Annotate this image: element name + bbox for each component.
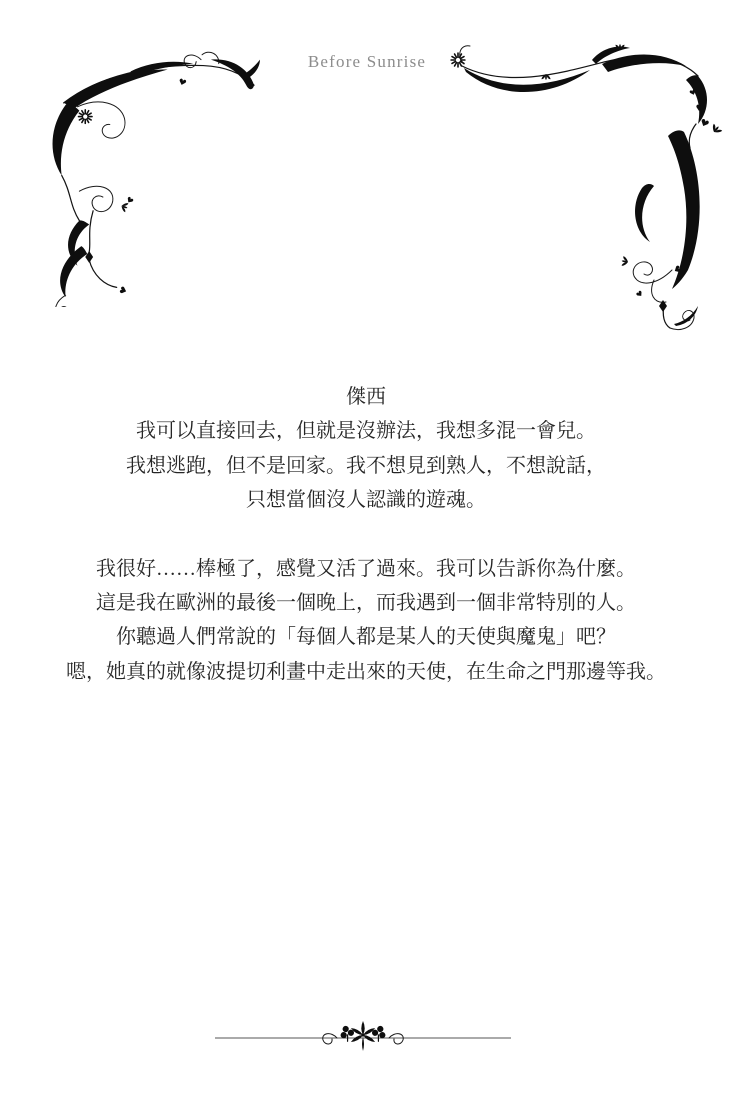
ribbon-flame-shape [668,130,700,289]
crescent-shape [635,184,654,242]
loop-curl-icon [79,186,113,211]
heart-icon [126,196,134,204]
daisy-flower-icon [78,110,92,124]
text-line: 我可以直接回去，但就是沒辦法，我想多混一會兒。 [0,414,732,448]
text-line: 這是我在歐洲的最後一個晚上，而我遇到一個非常特別的人。 [0,586,732,620]
text-line: 只想當個沒人認識的遊魂。 [0,483,732,517]
leaf-flame-shape [53,104,80,176]
text-line: 我很好……棒極了，感覺又活了過來。我可以告訴你為什麼。 [0,552,732,586]
text-line: 嗯，她真的就像波提切利畫中走出來的天使，在生命之門那邊等我。 [0,655,732,689]
text-line: 你聽過人們常說的「每個人都是某人的天使與魔鬼」吧？ [0,620,732,654]
leaf-flame-shape [130,62,193,76]
vine-curve [89,211,93,252]
heart-icon [636,290,644,298]
vine-curve [62,175,80,220]
leaf-flame-shape [464,68,590,92]
leaf-flame-shape [60,246,87,297]
spiral-curl-icon [56,295,69,307]
top-right-flourish-ornament [442,30,724,335]
flower-bud-icon [621,256,629,267]
paragraph-1: 我可以直接回去，但就是沒辦法，我想多混一會兒。 我想逃跑，但不是回家。我不想見到… [0,414,732,517]
spiral-curl-icon [389,1034,403,1044]
top-left-flourish-ornament [34,42,270,307]
text-line: 我想逃跑，但不是回家。我不想見到熟人，不想說話， [0,449,732,483]
bottom-floral-divider [213,1016,513,1060]
rosette-flower-icon [350,1021,376,1051]
heart-icon [178,78,186,86]
leaf-flame-shape [602,54,686,72]
vine-curve [689,124,696,148]
paragraph-2: 我很好……棒極了，感覺又活了過來。我可以告訴你為什麼。 這是我在歐洲的最後一個晚… [0,552,732,690]
spiral-curl-icon [323,1034,337,1044]
flower-bud-icon [120,201,129,212]
spiral-curl-icon [202,52,219,63]
flower-bud-icon [710,123,723,135]
leaf-flame-shape [686,75,707,124]
section-title: 傑西 [0,380,732,414]
book-page: Before Sunrise [0,0,750,1104]
paragraph-gap [0,518,732,552]
spiral-curl-icon [670,311,694,330]
loop-curl-icon [652,280,666,302]
heart-icon [119,286,127,294]
body-text: 傑西 我可以直接回去，但就是沒辦法，我想多混一會兒。 我想逃跑，但不是回家。我不… [0,380,732,689]
daisy-flower-icon [451,53,465,67]
loop-curl-icon [633,262,672,283]
heart-icon [700,118,710,127]
leaf-flame-shape [64,69,168,108]
vine-curve [89,260,116,287]
